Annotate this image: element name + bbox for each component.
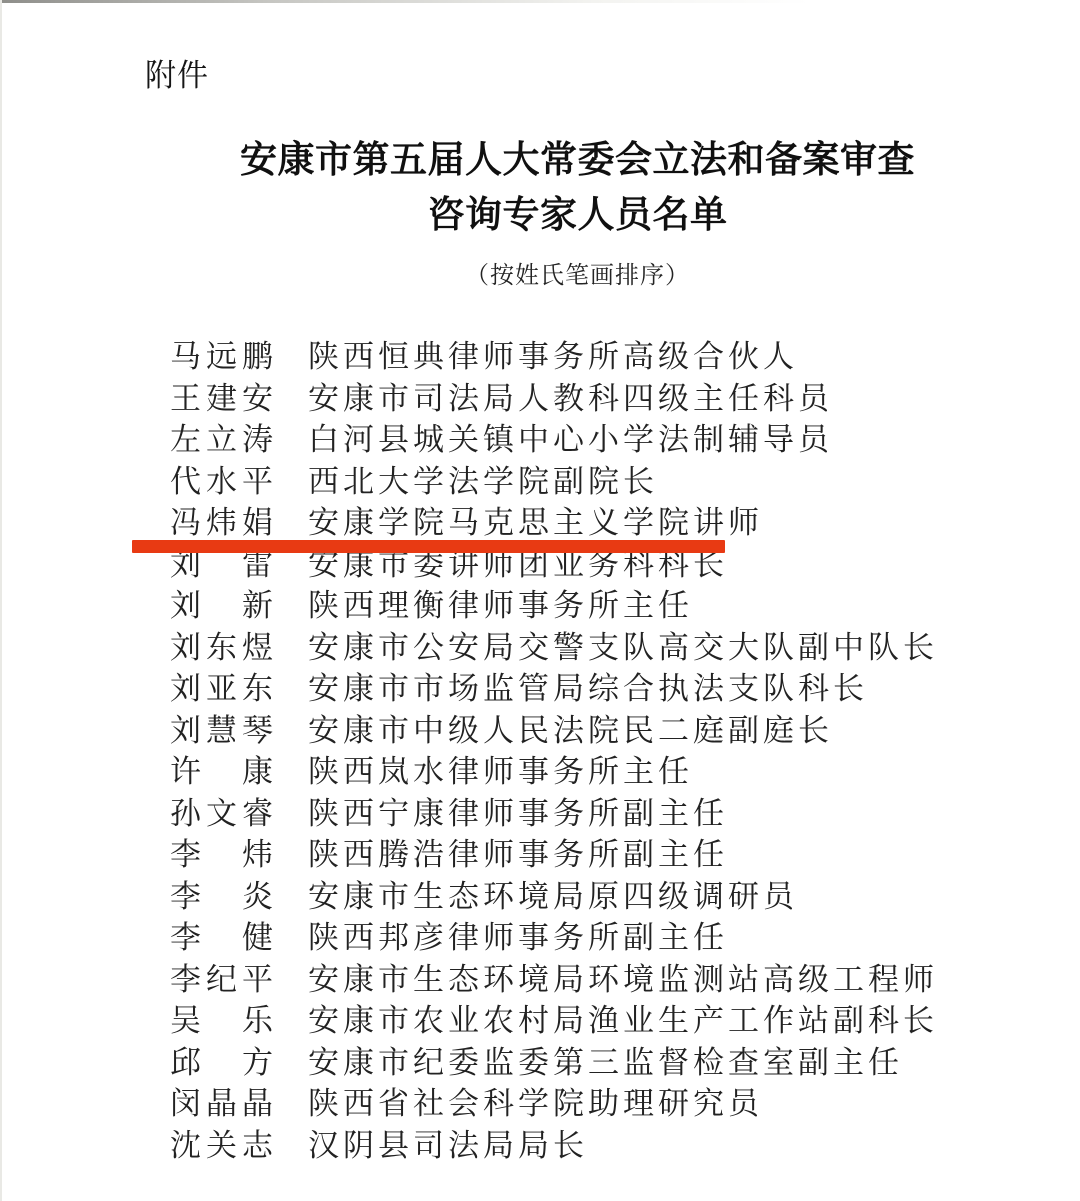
member-title: 安康市公安局交警支队高交大队副中队长 xyxy=(308,628,938,670)
red-underline-annotation xyxy=(132,540,725,553)
list-item: 代水平 西北大学法学院副院长 xyxy=(170,462,1010,504)
member-name: 冯炜娟 xyxy=(170,503,275,545)
member-name: 邱 方 xyxy=(170,1043,275,1085)
scan-edge-top xyxy=(0,0,1080,3)
member-title: 陕西腾浩律师事务所副主任 xyxy=(308,835,728,877)
member-title: 安康市纪委监委第三监督检查室副主任 xyxy=(308,1043,903,1085)
list-item: 李 健 陕西邦彦律师事务所副主任 xyxy=(170,918,1010,960)
document-header: 安康市第五届人大常委会立法和备案审查 咨询专家人员名单 （按姓氏笔画排序） xyxy=(145,132,1010,290)
member-name: 刘 新 xyxy=(170,586,275,628)
member-name: 闵晶晶 xyxy=(170,1084,275,1126)
list-item: 刘 新 陕西理衡律师事务所主任 xyxy=(170,586,1010,628)
list-item: 刘亚东 安康市市场监管局综合执法支队科长 xyxy=(170,669,1010,711)
document-title-line1: 安康市第五届人大常委会立法和备案审查 xyxy=(145,132,1010,187)
member-name: 吴 乐 xyxy=(170,1001,275,1043)
member-name: 李 健 xyxy=(170,918,275,960)
sort-order-note: （按姓氏笔画排序） xyxy=(145,255,1010,290)
list-item: 王建安 安康市司法局人教科四级主任科员 xyxy=(170,379,1010,421)
expert-list: 马远鹏 陕西恒典律师事务所高级合伙人 王建安 安康市司法局人教科四级主任科员 左… xyxy=(170,337,1010,1167)
list-item: 左立涛 白河县城关镇中心小学法制辅导员 xyxy=(170,420,1010,462)
scan-edge-left xyxy=(0,0,2,1201)
list-item: 马远鹏 陕西恒典律师事务所高级合伙人 xyxy=(170,337,1010,379)
member-title: 陕西邦彦律师事务所副主任 xyxy=(308,918,728,960)
document-title-line2: 咨询专家人员名单 xyxy=(145,187,1010,242)
member-name: 孙文睿 xyxy=(170,794,275,836)
member-name: 许 康 xyxy=(170,752,275,794)
member-title: 汉阴县司法局局长 xyxy=(308,1126,588,1168)
list-item: 许 康 陕西岚水律师事务所主任 xyxy=(170,752,1010,794)
member-title: 安康市司法局人教科四级主任科员 xyxy=(308,379,833,421)
member-title: 安康市生态环境局环境监测站高级工程师 xyxy=(308,960,938,1002)
member-title: 陕西理衡律师事务所主任 xyxy=(308,586,693,628)
member-name: 沈关志 xyxy=(170,1126,275,1168)
member-name: 刘东煜 xyxy=(170,628,275,670)
document-title: 安康市第五届人大常委会立法和备案审查 咨询专家人员名单 xyxy=(145,132,1010,242)
member-title: 安康市农业农村局渔业生产工作站副科长 xyxy=(308,1001,938,1043)
member-title: 陕西宁康律师事务所副主任 xyxy=(308,794,728,836)
list-item: 闵晶晶 陕西省社会科学院助理研究员 xyxy=(170,1084,1010,1126)
member-name: 王建安 xyxy=(170,379,275,421)
member-name: 马远鹏 xyxy=(170,337,275,379)
member-title: 安康市中级人民法院民二庭副庭长 xyxy=(308,711,833,753)
member-name: 刘慧琴 xyxy=(170,711,275,753)
document-page: 附件 安康市第五届人大常委会立法和备案审查 咨询专家人员名单 （按姓氏笔画排序）… xyxy=(0,0,1080,1201)
member-title: 白河县城关镇中心小学法制辅导员 xyxy=(308,420,833,462)
list-item: 李纪平 安康市生态环境局环境监测站高级工程师 xyxy=(170,960,1010,1002)
member-name: 李纪平 xyxy=(170,960,275,1002)
member-title: 陕西恒典律师事务所高级合伙人 xyxy=(308,337,798,379)
list-item: 邱 方 安康市纪委监委第三监督检查室副主任 xyxy=(170,1043,1010,1085)
member-name: 刘亚东 xyxy=(170,669,275,711)
list-item: 李 炎 安康市生态环境局原四级调研员 xyxy=(170,877,1010,919)
member-title: 安康市市场监管局综合执法支队科长 xyxy=(308,669,868,711)
member-name: 代水平 xyxy=(170,462,275,504)
list-item: 冯炜娟 安康学院马克思主义学院讲师 xyxy=(170,503,1010,545)
list-item: 吴 乐 安康市农业农村局渔业生产工作站副科长 xyxy=(170,1001,1010,1043)
list-item: 刘东煜 安康市公安局交警支队高交大队副中队长 xyxy=(170,628,1010,670)
list-item: 沈关志 汉阴县司法局局长 xyxy=(170,1126,1010,1168)
member-name: 左立涛 xyxy=(170,420,275,462)
list-item: 孙文睿 陕西宁康律师事务所副主任 xyxy=(170,794,1010,836)
member-name: 李 炎 xyxy=(170,877,275,919)
member-name: 李 炜 xyxy=(170,835,275,877)
member-title: 西北大学法学院副院长 xyxy=(308,462,658,504)
attachment-label: 附件 xyxy=(145,50,209,95)
list-item: 刘慧琴 安康市中级人民法院民二庭副庭长 xyxy=(170,711,1010,753)
list-item: 李 炜 陕西腾浩律师事务所副主任 xyxy=(170,835,1010,877)
member-title: 陕西省社会科学院助理研究员 xyxy=(308,1084,763,1126)
member-title: 陕西岚水律师事务所主任 xyxy=(308,752,693,794)
member-title: 安康学院马克思主义学院讲师 xyxy=(308,503,763,545)
member-title: 安康市生态环境局原四级调研员 xyxy=(308,877,798,919)
